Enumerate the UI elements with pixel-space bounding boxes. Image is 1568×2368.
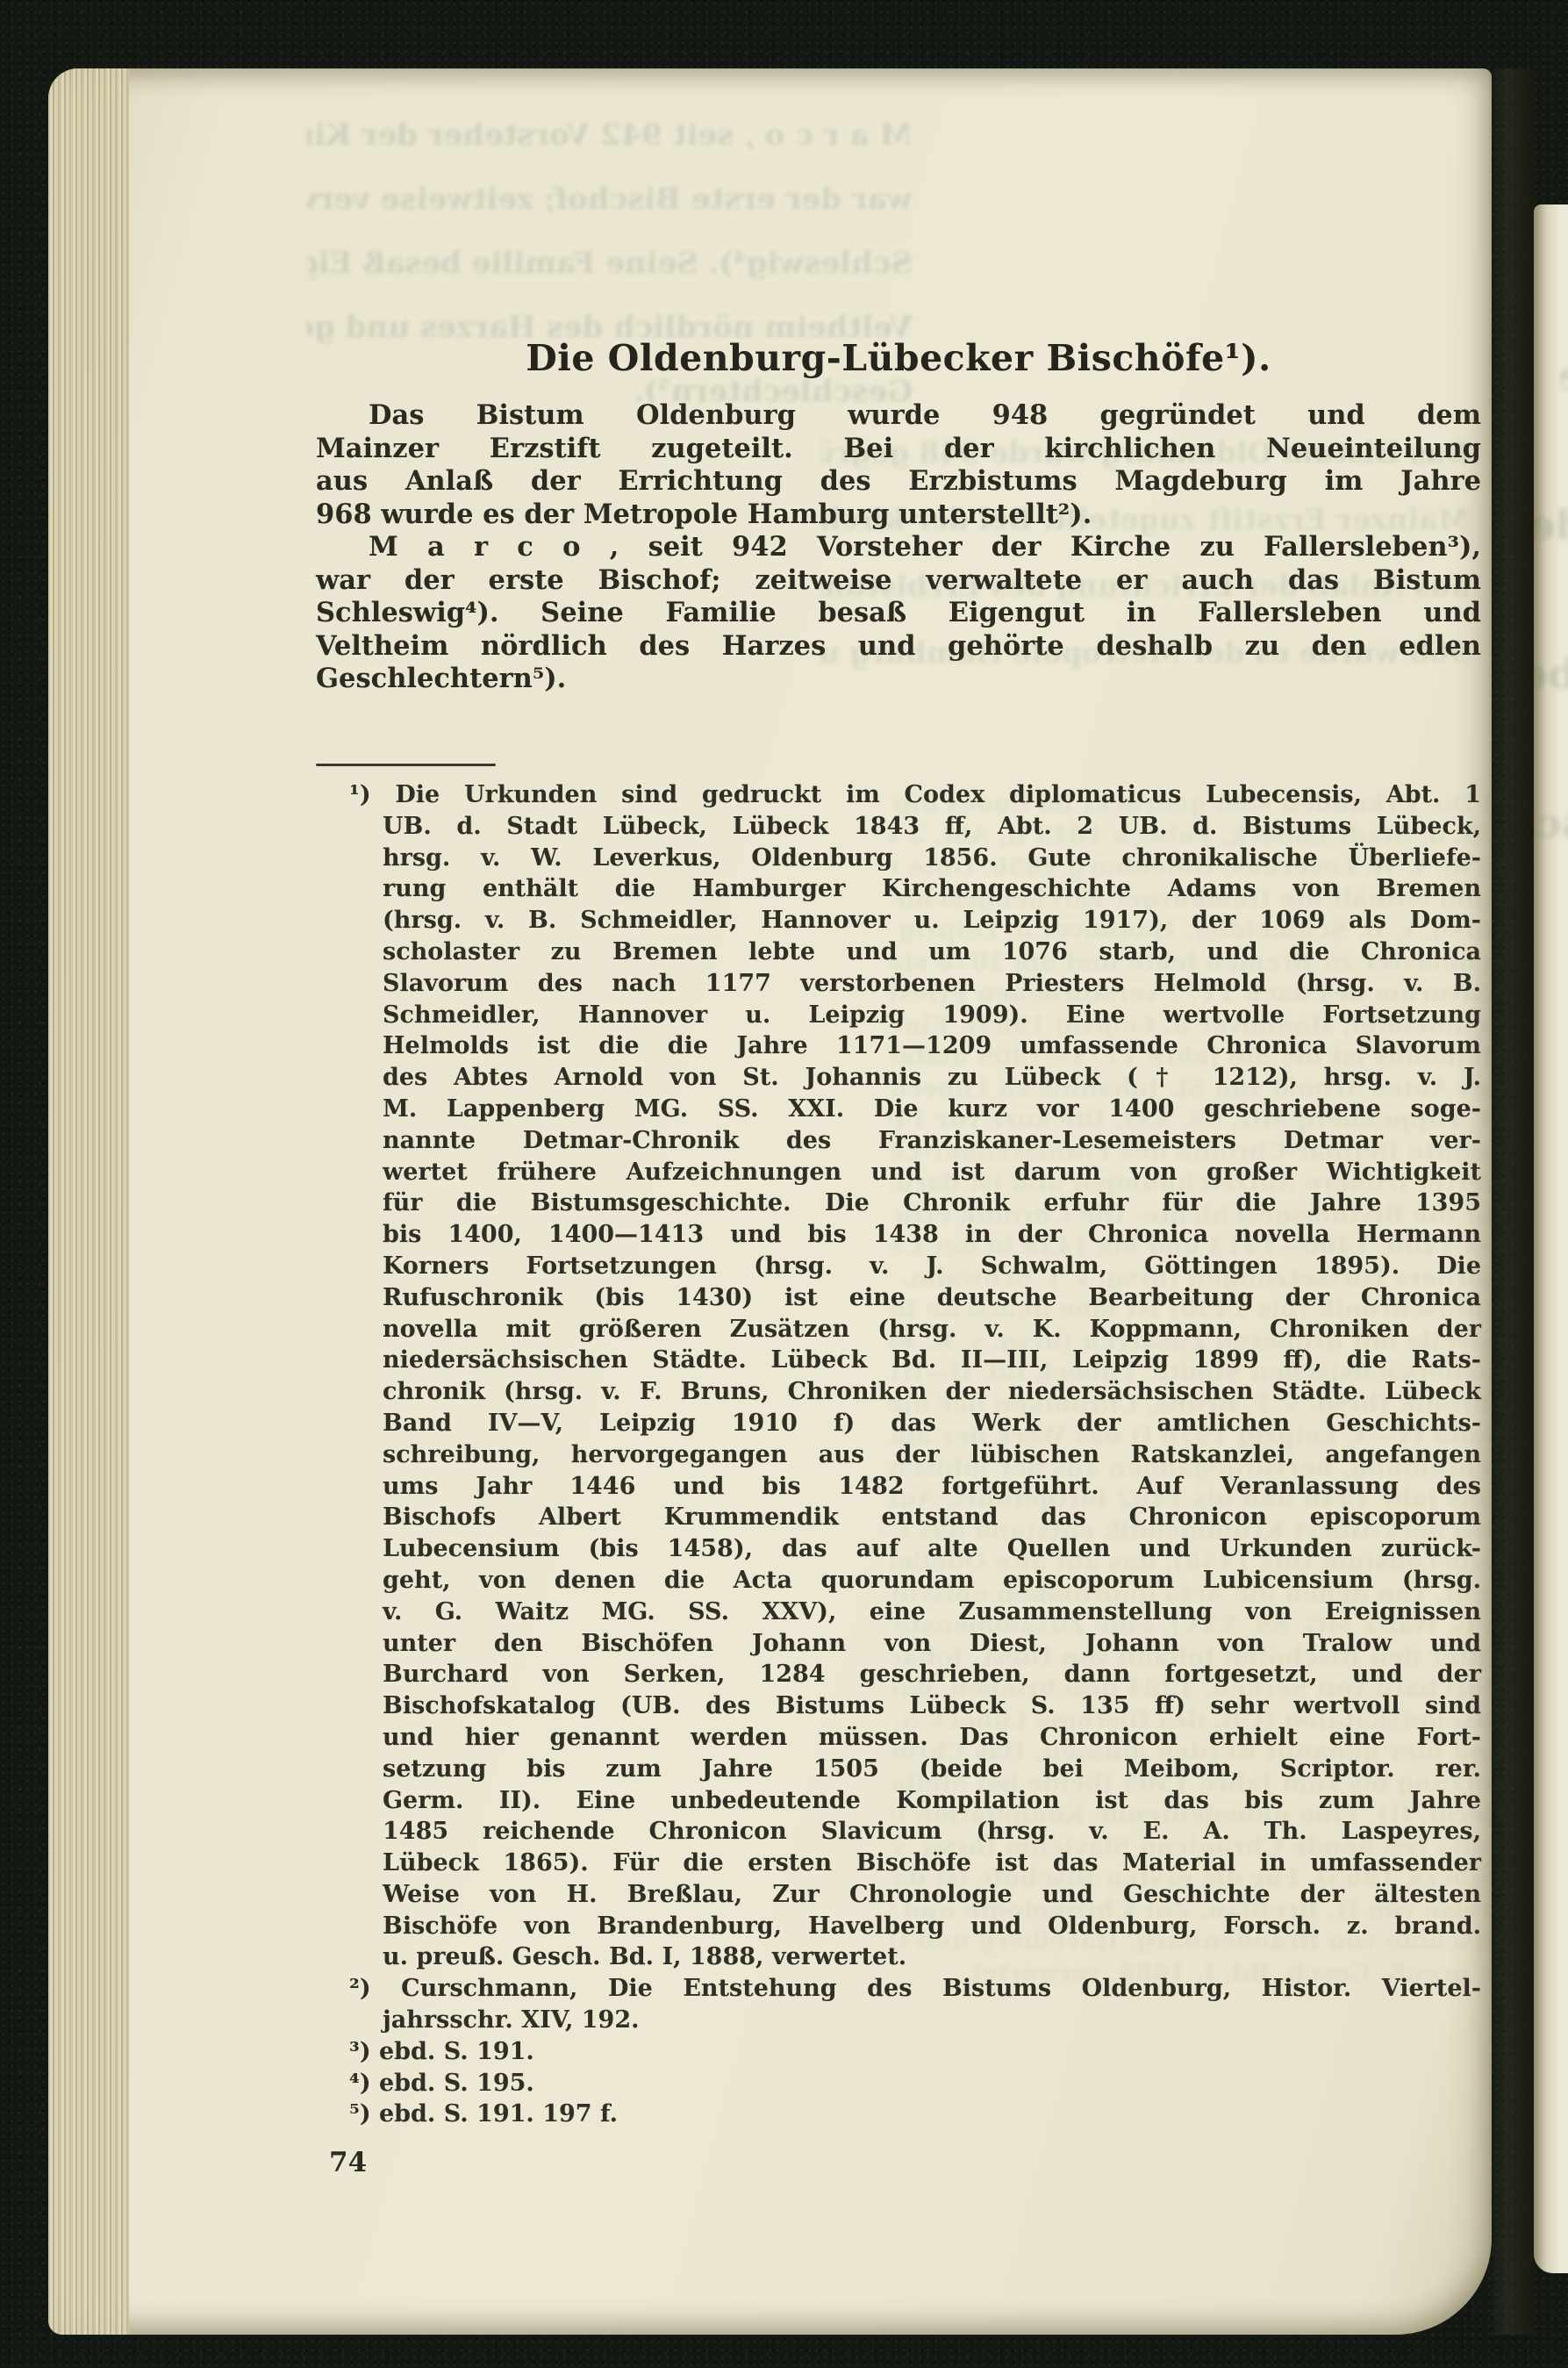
text-line: UB. d. Stadt Lübeck, Lübeck 1843 ff, Abt…: [383, 811, 1481, 843]
gutter-shadow: [1488, 68, 1536, 2335]
text-line: Lubecensium (bis 1458), das auf alte Que…: [383, 1533, 1481, 1565]
page-title: Die Oldenburg-Lübecker Bischöfe¹).: [316, 337, 1481, 379]
text-line: des Abtes Arnold von St. Johannis zu Lüb…: [383, 1062, 1481, 1094]
bleedthrough-line: Schleswig⁴). Seine Familie besaß Eigengu…: [307, 232, 913, 296]
text-line: ⁴) ebd. S. 195.: [383, 2068, 1481, 2099]
text-line: Veltheim nördlich des Harzes und gehörte…: [316, 630, 1481, 664]
text-line: aus Anlaß der Errichtung des Erzbistums …: [316, 465, 1481, 499]
text-line: für die Bistumsgeschichte. Die Chronik e…: [383, 1188, 1481, 1219]
text-line: Bischöfe von Brandenburg, Havelberg und …: [383, 1911, 1481, 1942]
text-line: M a r c o , seit 942 Vorsteher der Kirch…: [316, 531, 1481, 564]
bleedthrough-line: M a r c o , seit 942 Vorsteher der Kirch…: [307, 104, 913, 168]
text-line: Band IV—V, Leipzig 1910 f) das Werk der …: [383, 1408, 1481, 1439]
text-line: Slavorum des nach 1177 verstorbenen Prie…: [383, 968, 1481, 1000]
text-line: ²) Curschmann, Die Entstehung des Bistum…: [383, 1973, 1481, 2005]
text-line: ¹) Die Urkunden sind gedruckt im Codex d…: [383, 779, 1481, 811]
text-line: und hier genannt werden müssen. Das Chro…: [383, 1722, 1481, 1754]
text-line: Helmolds ist die die Jahre 1171—1209 umf…: [383, 1030, 1481, 1062]
text-line: Bischofs Albert Krummendik entstand das …: [383, 1502, 1481, 1533]
footnote: ⁵) ebd. S. 191. 197 f.: [349, 2099, 1481, 2130]
footnote: ³) ebd. S. 191.: [349, 2036, 1481, 2068]
text-line: 968 wurde es der Metropole Hamburg unter…: [316, 499, 1481, 532]
text-line: Lübeck 1865). Für die ersten Bischöfe is…: [383, 1848, 1481, 1879]
text-line: unter den Bischöfen Johann von Diest, Jo…: [383, 1628, 1481, 1660]
text-line: ³) ebd. S. 191.: [383, 2036, 1481, 2068]
page-number: 74: [329, 2147, 367, 2178]
next-page-edge: Die Oldenburg-Lübecker Bischöfe¹).: [1534, 205, 1568, 2273]
text-line: chronik (hrsg. v. F. Bruns, Chroniken de…: [383, 1376, 1481, 1408]
text-line: Schleswig⁴). Seine Familie besaß Eigengu…: [316, 597, 1481, 630]
body-paragraph: M a r c o , seit 942 Vorsteher der Kirch…: [316, 531, 1481, 696]
body-paragraph: Das Bistum Oldenburg wurde 948 gegründet…: [316, 399, 1481, 531]
page-edge-stack: [48, 68, 129, 2335]
footnote-separator: [316, 764, 496, 766]
text-line: (hrsg. v. B. Schmeidler, Hannover u. Lei…: [383, 905, 1481, 936]
footnote: ⁴) ebd. S. 195.: [349, 2068, 1481, 2099]
book-page: M a r c o , seit 942 Vorsteher der Kirch…: [48, 68, 1492, 2335]
text-line: rung enthält die Hamburger Kirchengeschi…: [383, 873, 1481, 905]
scan-background: M a r c o , seit 942 Vorsteher der Kirch…: [0, 0, 1568, 2368]
text-line: ⁵) ebd. S. 191. 197 f.: [383, 2099, 1481, 2130]
text-line: Weise von H. Breßlau, Zur Chronologie un…: [383, 1879, 1481, 1911]
text-line: bis 1400, 1400—1413 und bis 1438 in der …: [383, 1219, 1481, 1251]
text-line: wertet frühere Aufzeichnungen und ist da…: [383, 1157, 1481, 1188]
text-line: schreibung, hervorgegangen aus der lübis…: [383, 1439, 1481, 1471]
text-line: nannte Detmar-Chronik des Franziskaner-L…: [383, 1125, 1481, 1157]
body-text: Das Bistum Oldenburg wurde 948 gegründet…: [316, 399, 1481, 696]
text-line: hrsg. v. W. Leverkus, Oldenburg 1856. Gu…: [383, 843, 1481, 874]
text-line: jahrsschr. XIV, 192.: [383, 2005, 1481, 2036]
text-line: niedersächsischen Städte. Lübeck Bd. II—…: [383, 1345, 1481, 1376]
text-line: Korners Fortsetzungen (hrsg. v. J. Schwa…: [383, 1251, 1481, 1282]
bleedthrough-line: war der erste Bischof; zeitweise verwalt…: [307, 168, 913, 232]
text-line: Mainzer Erzstift zugeteilt. Bei der kirc…: [316, 433, 1481, 466]
text-line: setzung bis zum Jahre 1505 (beide bei Me…: [383, 1754, 1481, 1785]
footnotes: ¹) Die Urkunden sind gedruckt im Codex d…: [349, 779, 1481, 2130]
text-line: Burchard von Serken, 1284 geschrieben, d…: [383, 1659, 1481, 1690]
text-line: Rufuschronik (bis 1430) ist eine deutsch…: [383, 1282, 1481, 1314]
footnote: ¹) Die Urkunden sind gedruckt im Codex d…: [349, 779, 1481, 1973]
text-line: Geschlechtern⁵).: [316, 663, 1481, 696]
text-line: novella mit größeren Zusätzen (hrsg. v. …: [383, 1314, 1481, 1345]
text-line: v. G. Waitz MG. SS. XXV), eine Zusammens…: [383, 1597, 1481, 1628]
text-line: geht, von denen die Acta quorundam episc…: [383, 1565, 1481, 1597]
footnote: ²) Curschmann, Die Entstehung des Bistum…: [349, 1973, 1481, 2036]
bleedthrough-overlay: Die Oldenburg-Lübecker Bischöfe¹).: [1534, 301, 1568, 898]
text-line: 1485 reichende Chronicon Slavicum (hrsg.…: [383, 1816, 1481, 1848]
text-line: Das Bistum Oldenburg wurde 948 gegründet…: [316, 399, 1481, 433]
text-line: u. preuß. Gesch. Bd. I, 1888, verwertet.: [383, 1941, 1481, 1973]
text-line: Schmeidler, Hannover u. Leipzig 1909). E…: [383, 1000, 1481, 1031]
text-line: M. Lappenberg MG. SS. XXI. Die kurz vor …: [383, 1094, 1481, 1125]
text-line: war der erste Bischof; zeitweise verwalt…: [316, 564, 1481, 598]
text-line: Germ. II). Eine unbedeutende Kompilation…: [383, 1785, 1481, 1817]
text-line: Bischofskatalog (UB. des Bistums Lübeck …: [383, 1690, 1481, 1722]
text-line: ums Jahr 1446 und bis 1482 fortgeführt. …: [383, 1471, 1481, 1503]
text-line: scholaster zu Bremen lebte und um 1076 s…: [383, 936, 1481, 968]
